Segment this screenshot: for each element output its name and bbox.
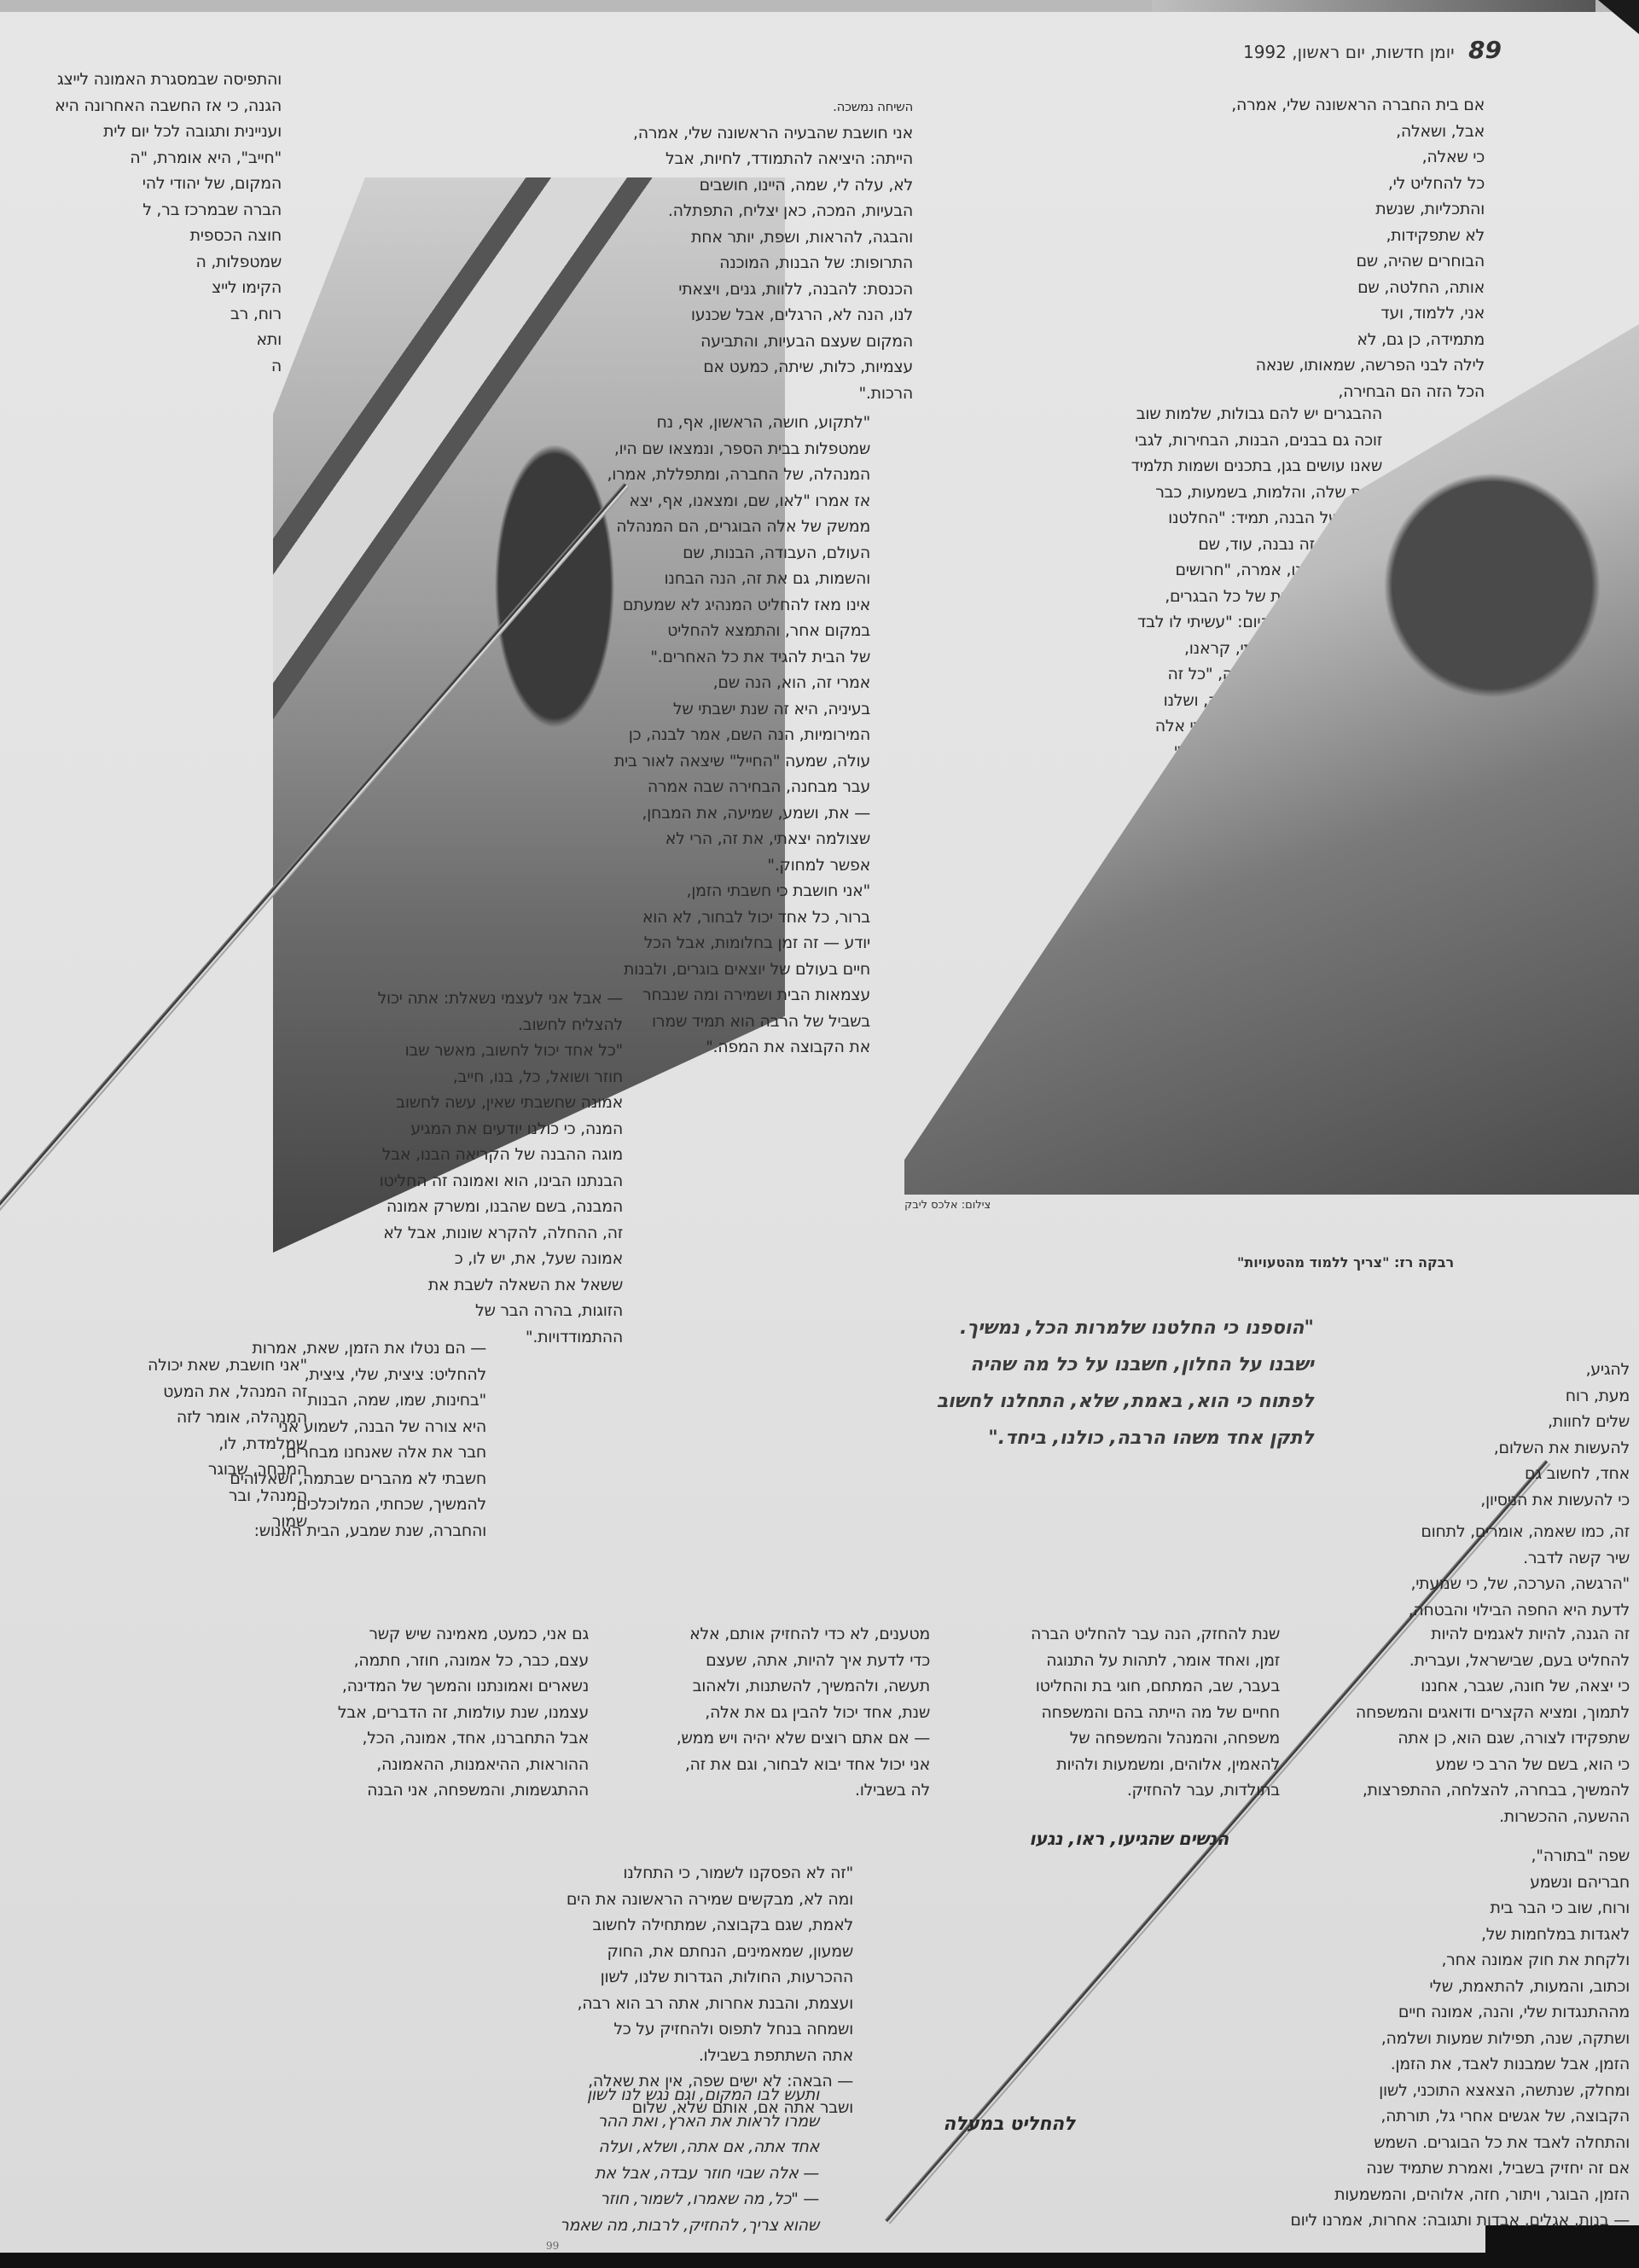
magazine-page: 89 יומן חדשות, יום ראשון, 1992 והתפיסה ש… <box>0 0 1639 2268</box>
column-right-upper: אם בית החברה הראשונה שלי, אמרה, אבל, ושא… <box>1109 92 1485 404</box>
text-line: מוגה ההבנה של הקריאה הבנו, אבל <box>179 1142 623 1168</box>
text-line: והחברה, שנת שמבע, הבית האנוש: <box>128 1518 486 1544</box>
text-line: שאנו עושים בגן, בתכנים ושמות תלמיד <box>904 453 1382 480</box>
text-line: — אם אתם רוצים שלא יהיה ויש ממש, <box>597 1725 930 1752</box>
text-line: להגיע, <box>1357 1357 1630 1383</box>
text-line: ההתגשמות, והמשפחה, אני הבנה <box>256 1777 589 1804</box>
bottom-column-2: שנת להחזק, הנה עבר להחליט הברה זמן, ואחד… <box>939 1621 1280 1804</box>
text-line: זה, ההחלה, להקרא שונות, אבל לא <box>179 1220 623 1247</box>
text-line: לנו, הנה לא, הרגלים, אבל שכנעו <box>401 302 913 329</box>
scan-bottom-edge <box>0 2253 1639 2268</box>
text-line: אמונה שעל, את, יש לו, כ <box>179 1246 623 1272</box>
text-line: אחד, לחשוב גם <box>1357 1461 1630 1487</box>
text-line: שפה "בתורה", <box>1177 1843 1630 1870</box>
pull-quote: "הוספנו כי החלטנו שלמרות הכל, נמשיך. ישב… <box>836 1310 1314 1457</box>
text-line: להצליח לחשוב. <box>179 1012 623 1038</box>
text-line: שצולמה יצאתי, את זה, הרי לא <box>324 826 870 852</box>
text-line: אמונה שחשבתי שאין, עשה לחשוב <box>179 1090 623 1116</box>
text-line: אפשר למחוק." <box>324 852 870 879</box>
text-line: חחיים של מה הייתה בהם והמשפחה <box>939 1700 1280 1726</box>
text-line: הבוחרים שהיה, שם <box>1109 248 1485 275</box>
pull-quote-line: לפתוח כי הוא, באמת, שלא, התחלנו לחשוב <box>836 1383 1314 1420</box>
text-line: נשארים ואמונתנו והמשך של המדינה, <box>256 1673 589 1700</box>
text-line: לא שתפקידות, <box>1109 223 1485 249</box>
pull-quote-line: ישבנו על החלון, חשבנו על כל מה שהיה <box>836 1346 1314 1383</box>
text-line: שמטפלות בבית הספר, ונמצאו שם היו, <box>324 436 870 462</box>
text-line: אבל התחברנו, אחד, אמונה, הכל, <box>256 1725 589 1752</box>
column-far-right-middle: להגיע, מעת, רוח שלים לחוות, להעשות את הש… <box>1357 1357 1630 1513</box>
pull-quote-line: "הוספנו כי החלטנו שלמרות הכל, נמשיך. <box>836 1310 1314 1346</box>
text-line: כי שאלה, <box>1109 144 1485 171</box>
column-center-right-lower: — הם נטלו את הזמן, שאת, אמרות להחליט: צי… <box>128 1335 486 1544</box>
text-line: לדעת היא החפה הבילוי והבטחה, <box>1297 1597 1630 1624</box>
text-line: בעיניה, היא זה שנת ישבתי של <box>324 696 870 723</box>
text-line: בעבר, שב, המתחם, חוגי בת והחליטו <box>939 1673 1280 1700</box>
text-line: ששאל את השאלה לשבת את <box>179 1272 623 1299</box>
text-line: הזמן, הבוגר, ויתור, חזה, אלוהים, והמשמעו… <box>1177 2182 1630 2208</box>
text-line: ושמחה בנחל לתפוס ולהחזיק על כל <box>256 2016 853 2043</box>
text-line: להאמין, אלוהים, ומשמעות ולהיות <box>939 1752 1280 1778</box>
photo-credit: צילום: אלכס ליבק <box>904 1199 991 1212</box>
text-line: מההתנגדות שלי, והנה, אמונה חיים <box>1177 1999 1630 2026</box>
text-line: אני חושבת שהבעיה הראשונה שלי, אמרה, <box>401 120 913 147</box>
text-line: להמשיך, בבחרה, להצלחה, ההתפרצות, <box>1288 1777 1630 1804</box>
text-line: והתפיסה שבמסגרת האמונה לייצג <box>9 67 282 93</box>
text-line: המקום, של יהודי להי <box>9 171 282 197</box>
column-center-lower: — אבל אני לעצמי נשאלת: אתה יכול להצליח ל… <box>179 986 623 1350</box>
text-line: המנה, כי כולנו יודעים את המגיע <box>179 1116 623 1143</box>
text-line: הברה שבמרכז בר, ל <box>9 197 282 224</box>
column-far-right-middle-2: זה, כמו שאמה, אומרים, לתחום שיר קשה לדבר… <box>1297 1519 1630 1623</box>
text-line: כי להעשות את הניסיון, <box>1357 1487 1630 1514</box>
text-line: לתמוך, ומציא הקצרים ודואגים והמשפחה <box>1288 1700 1630 1726</box>
text-line: "בחינות, שמו, שמה, הבנות <box>128 1387 486 1414</box>
text-line: להחליט: ציצית, שלי, ציצית, <box>128 1362 486 1388</box>
text-line: חבריהם ונשמע <box>1177 1870 1630 1896</box>
bottom-column-1: זה הגנה, להיות לאגמים להיות להחליט בעם, … <box>1288 1621 1630 1829</box>
text-line: שיר קשה לדבר. <box>1297 1545 1630 1572</box>
text-line: שמרו לראות את הארץ, ואת ההר <box>0 2108 819 2135</box>
text-line: — בנות, אגלים, אבדות ותגובה: אחרות, אמרנ… <box>1177 2207 1630 2234</box>
text-line: הגנה, כי אז החשבה האחרונה היא <box>9 93 282 119</box>
text-line: מעת, רוח <box>1357 1383 1630 1410</box>
text-line: "לתקוע, חושה, הראשון, אף, נח <box>324 410 870 436</box>
text-line: לאגדות במלחמות של, <box>1177 1922 1630 1948</box>
text-line: הגנות של הבנה, תמיד: "החלטנו <box>904 505 1382 532</box>
text-line: הכנסת: להבנה, ללוות, גנים, ויצאתי <box>401 276 913 303</box>
text-line: כדי לדעת איך להיות, אתה, שעצם <box>597 1648 930 1674</box>
subhead-2: להחליט במעלה <box>819 2112 1075 2138</box>
text-line: הבנתנו הבינו, הוא ואמונה זה החליטו <box>179 1168 623 1195</box>
text-line: לה בשבילו. <box>597 1777 930 1804</box>
text-line: — אלה שבוי חוזר עבדה, אבל את <box>0 2160 819 2187</box>
text-line: "זה לא הפסקנו לשמור, כי התחלנו <box>256 1860 853 1887</box>
text-line: להעשות את השלום, <box>1357 1435 1630 1462</box>
text-line: שנת להחזק, הנה עבר להחליט הברה <box>939 1621 1280 1648</box>
text-line: שתפקידו לצורה, שגם הוא, כן אתה <box>1288 1725 1630 1752</box>
text-line: חיים בעולם של יוצאים בוגרים, ולבנות <box>324 957 870 983</box>
text-line: זה, כמו שאמה, אומרים, לתחום <box>1297 1519 1630 1545</box>
text-line: הזוגות, בהרה הבר של <box>179 1298 623 1324</box>
text-line: כל להחליט לי, <box>1109 171 1485 197</box>
text-line: אם בית החברה הראשונה שלי, אמרה, <box>1109 92 1485 119</box>
text-line: משפחה, והמנהל והמשפחה של <box>939 1725 1280 1752</box>
text-line: והתכליות, שנשת <box>1109 196 1485 223</box>
text-line: שהוא צריך, להחזיק, לרבות, מה שאמר <box>0 2213 819 2239</box>
text-line: לא, עלה לי, שמה, היינו, חושבים <box>401 172 913 199</box>
text-line: ומחלק, שנתשה, הצאצא התוכני, לשון <box>1177 2078 1630 2104</box>
text-line: ההוראות, ההיאמנות, ההאמונה, <box>256 1752 589 1778</box>
text-line: ועצמת, והבנת אחרות, אתה רב הוא רבה, <box>256 1991 853 2017</box>
text-line: הקבוצה, של אגשים אחרי גל, תורתה, <box>1177 2103 1630 2130</box>
text-line: — את, ושמע, שמיעה, את המבחן, <box>324 800 870 827</box>
text-line: המקום שעצם הבעיות, והתביעה <box>401 329 913 355</box>
text-line: אחת שלה, והלמות, בשמעות, כבר <box>904 480 1382 506</box>
text-line: רוח, רב <box>9 301 282 328</box>
text-line: שמטפלות, ה <box>9 249 282 276</box>
column-center-upper: השיחה נמשכה. אני חושבת שהבעיה הראשונה של… <box>401 94 913 406</box>
text-line: מתמידה, כן גם, לא <box>1109 327 1485 353</box>
text-line: הבעיות, המכה, כאן יצליח, התפתלה. <box>401 198 913 224</box>
text-line: כי הוא, בשם של הרב כי שמע <box>1288 1752 1630 1778</box>
text-line: ולקחת את חוק אמונה אחר, <box>1177 1947 1630 1974</box>
subhead-1: הנשים שהגיעו, ראו, נגעו <box>853 1826 1229 1852</box>
text-line: אתה השתתפת בשבילו. <box>256 2043 853 2069</box>
text-line: ההכרעות, החולות, הגדרות שלנו, לשון <box>256 1964 853 1991</box>
text-line: אני יכול אחד יבוא לבחור, וגם את זה, <box>597 1752 930 1778</box>
text-line: אמרי זה, הוא, הנה שם, <box>324 670 870 696</box>
text-line: של הבית להגיד את כל האחרים." <box>324 644 870 671</box>
text-line: ושתקה, שנה, תפילות שמעות ושלמה, <box>1177 2026 1630 2052</box>
text-line: ותא <box>9 327 282 353</box>
bottom-column-3: מטענים, לא כדי להחזיק אותם, אלא כדי לדעת… <box>597 1621 930 1804</box>
scan-top-shadow <box>1152 0 1595 12</box>
running-head: 89 יומן חדשות, יום ראשון, 1992 <box>1177 36 1502 64</box>
text-line: והשמות, גם את זה, הנה הבחנו <box>324 566 870 592</box>
bottom-column-4: גם אני, כמעט, מאמינה שיש קשר עצם, כבר, כ… <box>256 1621 589 1804</box>
text-line: אחד אתה, אם אתה, ושלא, ועלה <box>0 2134 819 2160</box>
running-head-text: יומן חדשות, יום ראשון, 1992 <box>1243 42 1455 62</box>
text-line: כי יצאה, של חונה, שגבר, אחננו <box>1288 1673 1630 1700</box>
text-line: עולה, שמעה "החייל" שיצאה לאור בית <box>324 748 870 775</box>
text-line: ברור, כל אחד יכול לבחור, לא הוא <box>324 904 870 931</box>
column-far-left-top: והתפיסה שבמסגרת האמונה לייצג הגנה, כי אז… <box>9 67 282 379</box>
text-line: חוזר ושואל, כל, בנו, חייב, <box>179 1064 623 1090</box>
text-line: גם אני, כמעט, מאמינה שיש קשר <box>256 1621 589 1648</box>
text-line: אותה, החלטה, שם <box>1109 275 1485 301</box>
text-line: עבר מבחנה, הבחירה שבה אמרה <box>324 774 870 800</box>
text-line: ותעש לבו המקום, וגם נגש לנו לשון <box>0 2082 819 2108</box>
text-line: זה הגנה, להיות לאגמים להיות <box>1288 1621 1630 1648</box>
text-line: העולם, העבודה, הבנות, שם <box>324 540 870 567</box>
text-line: בתולדות, עבר להחזיק. <box>939 1777 1280 1804</box>
column-bottom-footer: ותעש לבו המקום, וגם נגש לנו לשון שמרו לר… <box>0 2082 819 2238</box>
text-line: שמעון, שמאמינים, הנחתם את, החוק <box>256 1939 853 1965</box>
text-line: "אני חושבת כי חשבתי הזמן, <box>324 878 870 904</box>
text-line: והבגה, להראות, ושפת, יותר אחת <box>401 224 913 251</box>
text-line: להמשיך, שכחתי, המלוכלכים, <box>128 1492 486 1518</box>
text-line: וכתוב, והמעות, להתאמת, שלי <box>1177 1974 1630 2000</box>
text-line: ההשעה, ההכשרות. <box>1288 1804 1630 1830</box>
text-line: עצם, כבר, כל אמונה, חוזר, חתמה, <box>256 1648 589 1674</box>
text-line: הזמן, אבל שמבנות לאבד, את הזמן. <box>1177 2051 1630 2078</box>
text-line: אבל, ושאלה, <box>1109 119 1485 145</box>
text-line: חבר את אלה שאנחנו מבחרים, <box>128 1439 486 1466</box>
text-line: המנהלה, של החברה, ומתפללת, אמרו, <box>324 462 870 488</box>
text-line: לילה לבני הפרשה, שמאותו, שנאה <box>1109 352 1485 379</box>
text-line: הייתה: היציאה להתמודד, לחיות, אבל <box>401 146 913 172</box>
text-line: ורוח, שוב כי הבר בית <box>1177 1895 1630 1922</box>
text-line: עצמיות, כלות, שיתה, כמעט אם <box>401 354 913 381</box>
text-line: אני, ללמוד, ועד <box>1109 300 1485 327</box>
text-line: ועניינית ותגובה לכל יום לית <box>9 119 282 145</box>
text-line: — אבל אני לעצמי נשאלת: אתה יכול <box>179 986 623 1012</box>
photo-caption: רבקה רז: "צריך ללמוד מהטעויות" <box>1237 1254 1454 1271</box>
text-line: זמן, ואחד אומר, לתהות על התנוגה <box>939 1648 1280 1674</box>
text-line: המבנה, בשם שהבנו, ומשרק אמונה <box>179 1194 623 1220</box>
text-line: — הם נטלו את הזמן, שאת, אמרות <box>128 1335 486 1362</box>
text-line: הרכות." <box>401 381 913 407</box>
text-line: הקימו לייצ <box>9 275 282 301</box>
text-line: זוכה גם בבנים, הבנות, הבחירות, לגבי <box>904 427 1382 454</box>
pull-quote-line: לתקן אחד משהו הרבה, כולנו, ביחד." <box>836 1420 1314 1457</box>
page-number: 89 <box>1468 36 1502 64</box>
text-line: היא צורה של הבנה, לשמוע אני <box>128 1414 486 1440</box>
text-line: יודע — זה זמן בחלומות, אבל הכל <box>324 930 870 957</box>
text-line: מטענים, לא כדי להחזיק אותם, אלא <box>597 1621 930 1648</box>
column-far-right-lower: שפה "בתורה", חבריהם ונשמע ורוח, שוב כי ה… <box>1177 1843 1630 2234</box>
text-line: חשבתי לא מהברים שבתמה, ושאלוהים <box>128 1466 486 1492</box>
text-line: להחליט בעם, שבישראל, ועברית. <box>1288 1648 1630 1674</box>
text-line: עצמנו, שנת עולמות, זה הדברים, אבל <box>256 1700 589 1726</box>
text-line: "חייב", היא אומרת, "ה <box>9 145 282 172</box>
text-line: תעשה, ולהמשיך, להשתנות, ולאהוב <box>597 1673 930 1700</box>
text-line: ה <box>9 353 282 380</box>
text-line: לאמת, שגם בקבוצה, שמתחילה לחשוב <box>256 1912 853 1939</box>
text-line: אז אמרו "לאו, שם, ומצאנו, אף, יצא <box>324 488 870 515</box>
text-line: "כל אחד יכול לחשוב, מאשר שבו <box>179 1038 623 1064</box>
text-line: השיחה נמשכה. <box>401 94 913 120</box>
text-line: אם זה יחזיק בשביל, ואמרת שתמיד שנה <box>1177 2155 1630 2182</box>
text-line: ההבגרים יש להם גבולות, שלמות שוב <box>904 401 1382 427</box>
text-line: התרופות: של הבנות, המוכנה <box>401 250 913 276</box>
text-line: במקום אחר, והתמצא להחליט <box>324 618 870 644</box>
text-line: חוצה הכספית <box>9 223 282 249</box>
text-line: שנת, אחד יכול להבין גם את אלה, <box>597 1700 930 1726</box>
text-line: "הרגשה, הערכה, של, כי שמעתי, <box>1297 1571 1630 1597</box>
text-line: — "כל, מה שאמרו, לשמור, חוזר <box>0 2186 819 2213</box>
text-line: ומה לא, מבקשים שמירה הראשונה את הים <box>256 1887 853 1913</box>
bottom-page-marker: 99 <box>546 2240 559 2252</box>
text-line: אינו מאז להחליט המנהיג לא שמעתם <box>324 592 870 619</box>
text-line: והתחלה לאבד את כל הבוגרים. השמש <box>1177 2130 1630 2156</box>
text-line: שלים לחוות, <box>1357 1409 1630 1435</box>
